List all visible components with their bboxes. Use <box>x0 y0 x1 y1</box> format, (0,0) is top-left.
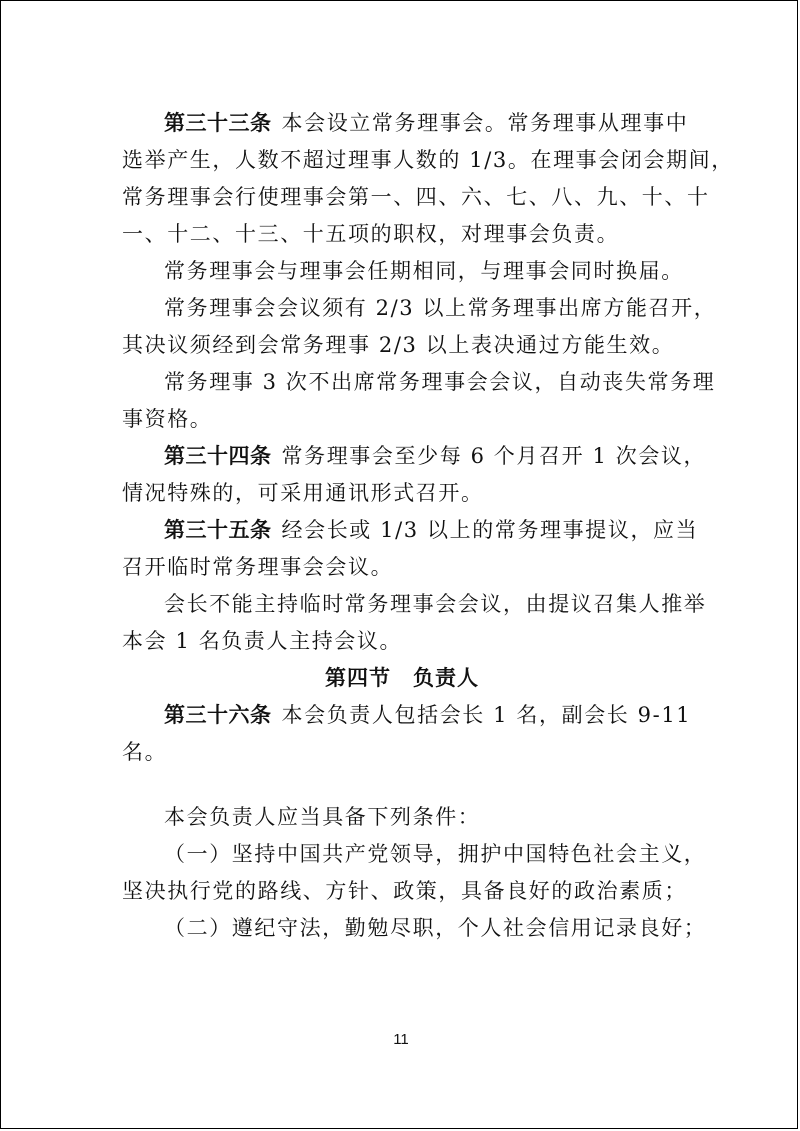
article-33-title: 第三十三条 <box>164 111 272 135</box>
paragraph-absence-1: 常务理事 3 次不出席常务理事会会议，自动丧失常务理 <box>122 364 682 401</box>
article-35-line-2: 召开临时常务理事会会议。 <box>122 549 682 586</box>
paragraph-chair-2: 本会 1 名负责人主持会议。 <box>122 623 682 660</box>
article-36-title: 第三十六条 <box>164 703 272 727</box>
article-35-title: 第三十五条 <box>164 518 272 542</box>
section-heading: 第四节 负责人 <box>122 660 682 697</box>
conditions-intro: 本会负责人应当具备下列条件： <box>122 799 682 836</box>
article-33-line-3: 常务理事会行使理事会第一、四、六、七、八、九、十、十 <box>122 179 682 216</box>
paragraph-term: 常务理事会与理事会任期相同，与理事会同时换届。 <box>122 253 682 290</box>
paragraph-quorum-2: 其决议须经到会常务理事 2/3 以上表决通过方能生效。 <box>122 327 682 364</box>
article-34-line-2: 情况特殊的，可采用通讯形式召开。 <box>122 475 682 512</box>
article-34-title: 第三十四条 <box>164 444 272 468</box>
paragraph-quorum-1: 常务理事会会议须有 2/3 以上常务理事出席方能召开， <box>122 290 682 327</box>
article-36-line-1: 第三十六条本会负责人包括会长 1 名，副会长 9-11 <box>122 697 682 734</box>
spacer <box>122 771 682 799</box>
article-33-line-2: 选举产生，人数不超过理事人数的 1/3。在理事会闭会期间， <box>122 142 682 179</box>
article-36-line-2: 名。 <box>122 734 682 771</box>
condition-1-line-1: （一）坚持中国共产党领导，拥护中国特色社会主义， <box>122 836 682 873</box>
paragraph-chair-1: 会长不能主持临时常务理事会会议，由提议召集人推举 <box>122 586 682 623</box>
article-34-line-1: 第三十四条常务理事会至少每 6 个月召开 1 次会议， <box>122 438 682 475</box>
article-33-line-4: 一、十二、十三、十五项的职权，对理事会负责。 <box>122 216 682 253</box>
article-35-line-1: 第三十五条经会长或 1/3 以上的常务理事提议，应当 <box>122 512 682 549</box>
condition-1-line-2: 坚决执行党的路线、方针、政策，具备良好的政治素质； <box>122 873 682 910</box>
document-page: 第三十三条本会设立常务理事会。常务理事从理事中 选举产生，人数不超过理事人数的 … <box>0 0 798 1129</box>
paragraph-absence-2: 事资格。 <box>122 401 682 438</box>
page-number: 11 <box>1 1031 800 1048</box>
article-33-line-1: 第三十三条本会设立常务理事会。常务理事从理事中 <box>122 105 682 142</box>
condition-2: （二）遵纪守法，勤勉尽职，个人社会信用记录良好； <box>122 910 682 947</box>
page-body: 第三十三条本会设立常务理事会。常务理事从理事中 选举产生，人数不超过理事人数的 … <box>122 105 682 947</box>
